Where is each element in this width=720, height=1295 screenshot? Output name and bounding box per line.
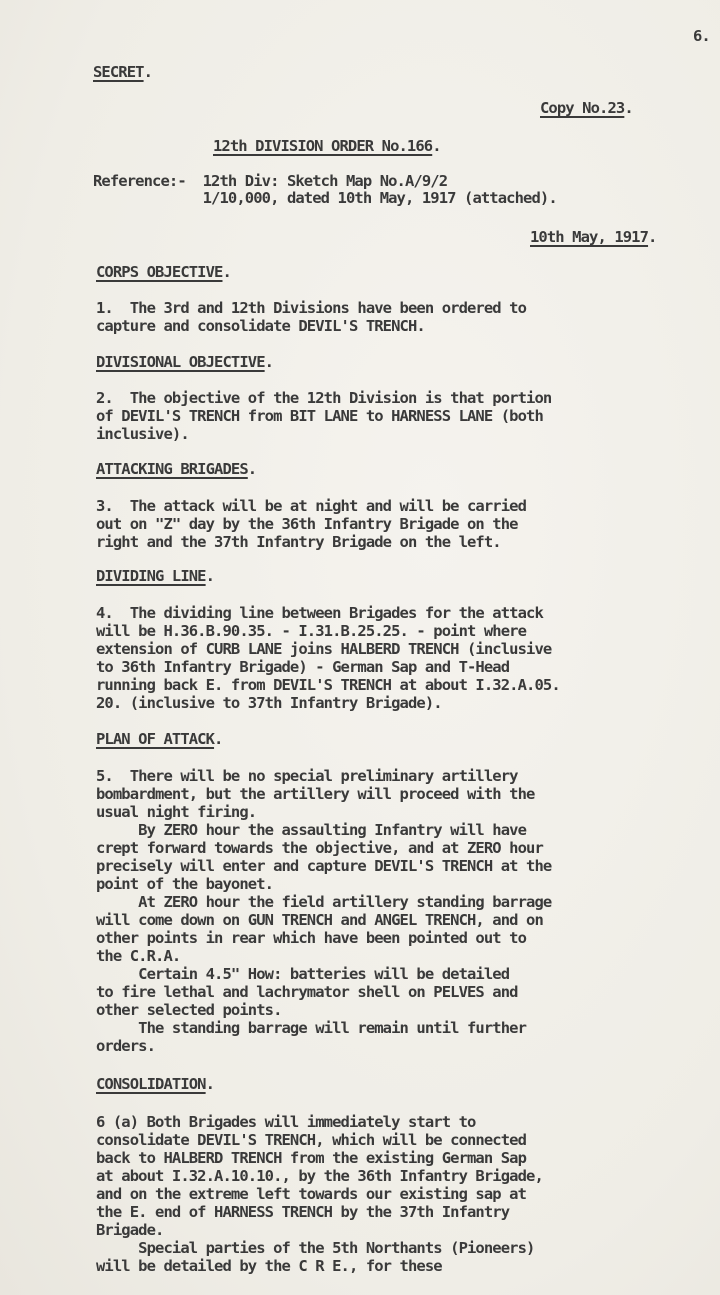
reference-text-2: 1/10,000, dated 10th May, 1917 (attached…	[203, 189, 557, 207]
copy-number-text: Copy No.23	[540, 99, 624, 117]
text-line: to 36th Infantry Brigade) - German Sap a…	[96, 658, 560, 676]
text-line: 4. The dividing line between Brigades fo…	[96, 604, 560, 622]
classification-text: SECRET	[93, 63, 144, 81]
section-heading-plan-of-attack: PLAN OF ATTACK.	[96, 730, 222, 748]
text-line: The standing barrage will remain until f…	[96, 1019, 551, 1037]
text-line: and on the extreme left towards our exis…	[96, 1185, 543, 1203]
text-line: the E. end of HARNESS TRENCH by the 37th…	[96, 1203, 543, 1221]
section-body-plan-of-attack: 5. There will be no special preliminary …	[96, 767, 551, 1055]
text-line: Brigade.	[96, 1221, 543, 1239]
text-line: 3. The attack will be at night and will …	[96, 497, 526, 515]
document-title: 12th DIVISION ORDER No.166.	[213, 137, 441, 155]
section-body-divisional-objective: 2. The objective of the 12th Division is…	[96, 389, 551, 443]
text-line: back to HALBERD TRENCH from the existing…	[96, 1149, 543, 1167]
text-line: 1. The 3rd and 12th Divisions have been …	[96, 299, 526, 317]
text-line: at about I.32.A.10.10., by the 36th Infa…	[96, 1167, 543, 1185]
text-line: By ZERO hour the assaulting Infantry wil…	[96, 821, 551, 839]
section-body-attacking-brigades: 3. The attack will be at night and will …	[96, 497, 526, 551]
section-heading-corps-objective: CORPS OBJECTIVE.	[96, 263, 231, 281]
classification-label: SECRET.	[93, 63, 152, 81]
text-line: 20. (inclusive to 37th Infantry Brigade)…	[96, 694, 560, 712]
text-line: crept forward towards the objective, and…	[96, 839, 551, 857]
text-line: 2. The objective of the 12th Division is…	[96, 389, 551, 407]
section-heading-consolidation: CONSOLIDATION.	[96, 1075, 214, 1093]
text-line: other points in rear which have been poi…	[96, 929, 551, 947]
text-line: the C.R.A.	[96, 947, 551, 965]
text-line: Special parties of the 5th Northants (Pi…	[96, 1239, 543, 1257]
text-line: to fire lethal and lachrymator shell on …	[96, 983, 551, 1001]
section-body-corps-objective: 1. The 3rd and 12th Divisions have been …	[96, 299, 526, 335]
copy-number: Copy No.23.	[540, 99, 633, 117]
section-body-dividing-line: 4. The dividing line between Brigades fo…	[96, 604, 560, 712]
reference-line-2: 1/10,000, dated 10th May, 1917 (attached…	[93, 189, 557, 207]
text-line: of DEVIL'S TRENCH from BIT LANE to HARNE…	[96, 407, 551, 425]
text-line: 5. There will be no special preliminary …	[96, 767, 551, 785]
text-line: will be H.36.B.90.35. - I.31.B.25.25. - …	[96, 622, 560, 640]
text-line: other selected points.	[96, 1001, 551, 1019]
text-line: will be detailed by the C R E., for thes…	[96, 1257, 543, 1275]
text-line: precisely will enter and capture DEVIL'S…	[96, 857, 551, 875]
reference-text-1: 12th Div: Sketch Map No.A/9/2	[203, 172, 448, 190]
text-line: will come down on GUN TRENCH and ANGEL T…	[96, 911, 551, 929]
section-body-consolidation: 6 (a) Both Brigades will immediately sta…	[96, 1113, 543, 1275]
text-line: right and the 37th Infantry Brigade on t…	[96, 533, 526, 551]
text-line: bombardment, but the artillery will proc…	[96, 785, 551, 803]
text-line: extension of CURB LANE joins HALBERD TRE…	[96, 640, 560, 658]
text-line: point of the bayonet.	[96, 875, 551, 893]
text-line: 6 (a) Both Brigades will immediately sta…	[96, 1113, 543, 1131]
section-heading-attacking-brigades: ATTACKING BRIGADES.	[96, 460, 256, 478]
text-line: Certain 4.5" How: batteries will be deta…	[96, 965, 551, 983]
document-page: 6. SECRET. Copy No.23. 12th DIVISION ORD…	[0, 0, 720, 1295]
text-line: consolidate DEVIL'S TRENCH, which will b…	[96, 1131, 543, 1149]
text-line: At ZERO hour the field artillery standin…	[96, 893, 551, 911]
section-heading-dividing-line: DIVIDING LINE.	[96, 567, 214, 585]
text-line: capture and consolidate DEVIL'S TRENCH.	[96, 317, 526, 335]
section-heading-divisional-objective: DIVISIONAL OBJECTIVE.	[96, 353, 273, 371]
document-title-text: 12th DIVISION ORDER No.166	[213, 137, 432, 155]
text-line: orders.	[96, 1037, 551, 1055]
reference-line-1: Reference:- 12th Div: Sketch Map No.A/9/…	[93, 172, 447, 190]
text-line: usual night firing.	[96, 803, 551, 821]
text-line: inclusive).	[96, 425, 551, 443]
document-date: 10th May, 1917.	[530, 228, 656, 246]
reference-label: Reference:-	[93, 172, 186, 190]
page-number: 6.	[693, 27, 710, 45]
document-date-text: 10th May, 1917	[530, 228, 648, 246]
text-line: out on "Z" day by the 36th Infantry Brig…	[96, 515, 526, 533]
text-line: running back E. from DEVIL'S TRENCH at a…	[96, 676, 560, 694]
